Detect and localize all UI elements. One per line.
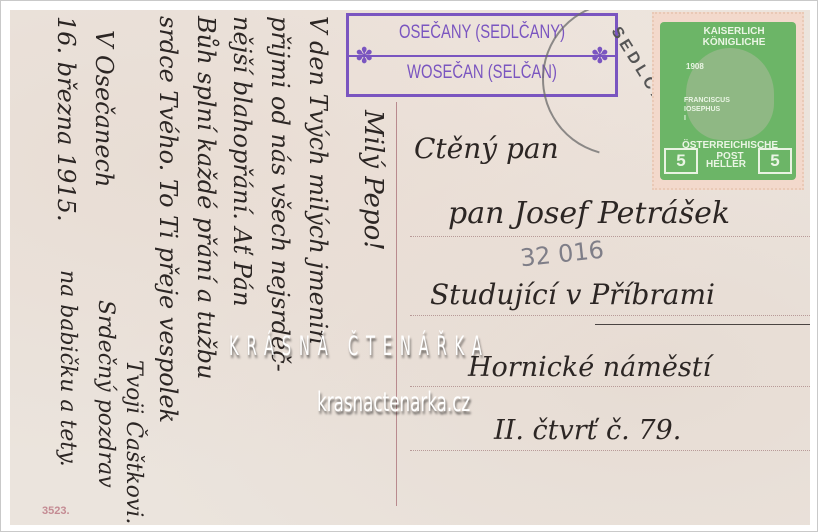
watermark-title: KRÁSNÁ ČTENÁŘKA — [229, 331, 490, 362]
message-closing: Srdečný pozdrav — [93, 300, 118, 488]
stamp-portrait-text: FRANCISCUS IOSEPHUS I — [684, 96, 714, 123]
stamp-denomination: HELLER — [706, 159, 746, 170]
message-line: Bůh splní každé přání a tužbu — [192, 16, 220, 379]
message-line: V den Tvých milých jmenin — [304, 16, 332, 344]
address-line1: Ctěný pan — [414, 132, 559, 165]
card-number: 3523. — [42, 505, 70, 517]
image-frame: OSEČANY (SEDLČANY) ✽ ✽ WOSEČAN (SELČAN) … — [0, 0, 818, 532]
address-dotted-line — [410, 450, 810, 451]
stamp-value-right: 5 — [758, 148, 792, 174]
stamp-value-left: 5 — [664, 148, 698, 174]
address-dotted-line — [410, 315, 810, 316]
address-line5: II. čtvrť č. 79. — [494, 415, 681, 446]
underline — [595, 324, 810, 325]
postcard-divider-line — [396, 102, 397, 506]
message-greeting: Milý Pepo! — [358, 110, 388, 251]
stamp-face: KAISERLICH KÖNIGLICHE 1908 FRANCISCUS IO… — [660, 22, 796, 180]
stamp-top-text: KAISERLICH KÖNIGLICHE — [674, 26, 794, 48]
message-line: Tvoji Čaštkovi. — [121, 360, 146, 524]
message-closing: na babičku a tety. — [55, 270, 80, 467]
message-place: V Osečanech — [90, 30, 118, 187]
pencil-note: 32 016 — [519, 236, 605, 273]
address-dotted-line — [410, 236, 810, 237]
flower-icon: ✽ — [355, 45, 373, 67]
address-line4: Hornické náměstí — [468, 352, 711, 383]
postcard: OSEČANY (SEDLČANY) ✽ ✽ WOSEČAN (SELČAN) … — [10, 10, 810, 525]
postage-stamp: KAISERLICH KÖNIGLICHE 1908 FRANCISCUS IO… — [652, 12, 804, 190]
message-line: přijmi od nás všech nejsrdeč- — [266, 16, 294, 372]
message-line: srdce Tvého. To Ti přeje vespolek — [154, 16, 182, 423]
address-line2: pan Josef Petrášek — [448, 196, 730, 231]
address-line3: Studující v Příbrami — [430, 278, 715, 311]
watermark-url: krasnactenarka.cz — [317, 387, 470, 418]
message-line: nější blahopřání. Ať Pán — [228, 16, 256, 307]
stamp-year: 1908 — [686, 62, 704, 71]
message-date: 16. března 1915. — [52, 16, 80, 222]
